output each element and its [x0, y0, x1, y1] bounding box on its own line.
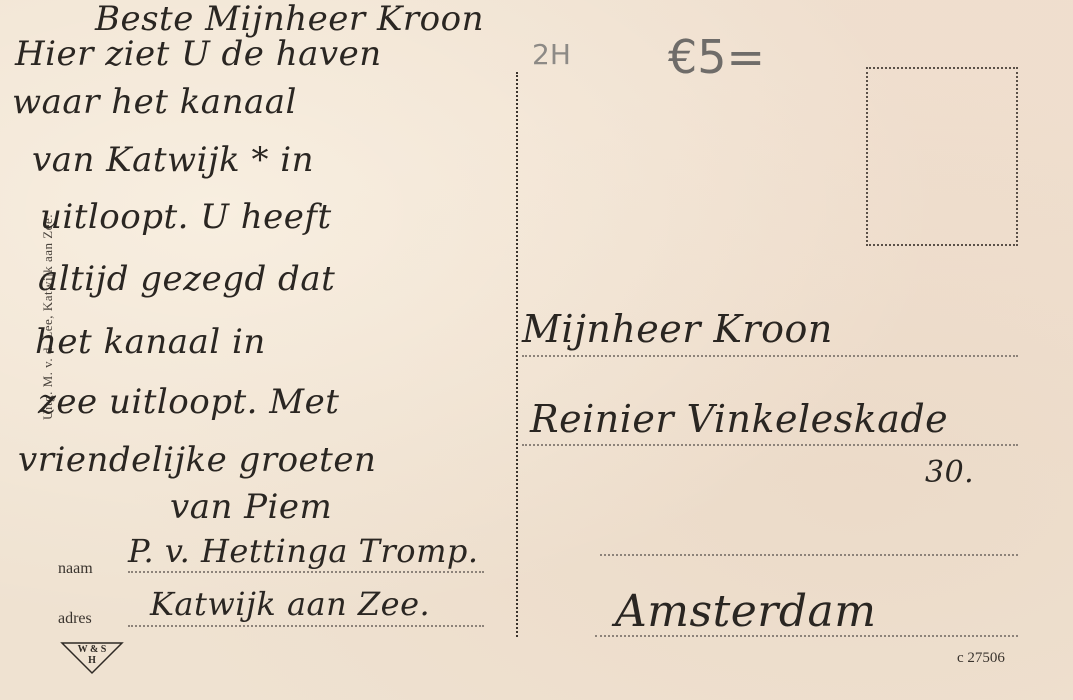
address-line-3: [600, 554, 1018, 556]
address-line-1: [522, 355, 1018, 357]
message-line: altijd gezegd dat: [38, 262, 335, 296]
printer-logo: W & S H: [60, 641, 124, 675]
message-line: het kanaal in: [35, 325, 266, 359]
recipient-name: Mijnheer Kroon: [522, 310, 833, 348]
message-line: Hier ziet U de haven: [15, 37, 382, 71]
message-line: uitloopt. U heeft: [40, 200, 332, 234]
address-line-4: [595, 635, 1018, 637]
message-line: zee uitloopt. Met: [38, 385, 339, 419]
postcard-back: 2H €5= Uitg. M. v. d. Lee, Katwijk aan Z…: [0, 0, 1073, 700]
message-line: waar het kanaal: [12, 85, 297, 119]
sender-address-line: [128, 625, 484, 627]
sender-address-value: Katwijk aan Zee.: [150, 588, 430, 620]
message-line: van Katwijk * in: [32, 143, 314, 177]
pencil-price: €5=: [668, 30, 765, 84]
recipient-street: Reinier Vinkeleskade: [530, 400, 948, 438]
center-divider: [516, 72, 518, 637]
message-line: van Piem: [170, 490, 332, 524]
pencil-code: 2H: [532, 38, 571, 71]
sender-name-value: P. v. Hettinga Tromp.: [128, 535, 479, 567]
catalog-number: c 27506: [957, 650, 1005, 667]
printer-logo-top: W & S: [60, 644, 124, 655]
message-line: vriendelijke groeten: [18, 443, 376, 477]
recipient-city: Amsterdam: [615, 590, 876, 634]
address-line-2: [522, 444, 1018, 446]
sender-name-line: [128, 571, 484, 573]
sender-address-label: adres: [58, 610, 92, 628]
message-line: Beste Mijnheer Kroon: [95, 2, 484, 36]
sender-name-label: naam: [58, 560, 93, 578]
recipient-house-number: 30.: [925, 458, 974, 488]
printer-logo-bottom: H: [60, 655, 124, 666]
stamp-placeholder-box: [866, 67, 1018, 246]
